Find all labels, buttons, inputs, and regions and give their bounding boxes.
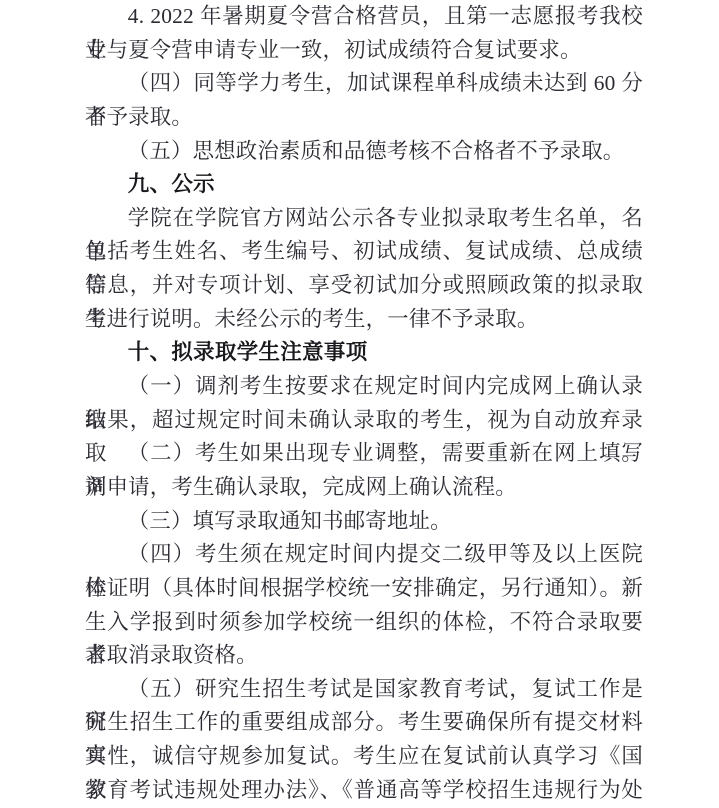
text-line: 剂申请，考生确认录取，完成网上确认流程。 — [85, 471, 643, 505]
text-line: （一）调剂考生按要求在规定时间内完成网上确认录取 — [85, 370, 643, 404]
text-line: 检证明（具体时间根据学校统一安排确定，另行通知）。新 — [85, 572, 643, 606]
text-line: 教育考试违规处理办法》、《普通高等学校招生违规行为处 — [85, 774, 643, 808]
section-heading: 九、公示 — [85, 168, 643, 202]
text-line: （二）考生如果出现专业调整，需要重新在网上填写调 — [85, 437, 643, 471]
document-page: 4. 2022 年暑期夏令营合格营员，且第一志愿报考我校专业与夏令营申请专业一致… — [0, 0, 719, 808]
text-line: 结果，超过规定时间未确认录取的考生，视为自动放弃录取。 — [85, 404, 643, 438]
text-line: 生进行说明。未经公示的考生，一律不予录取。 — [85, 303, 643, 337]
text-line: 者取消录取资格。 — [85, 639, 643, 673]
text-line: 包括考生姓名、考生编号、初试成绩、复试成绩、总成绩等 — [85, 235, 643, 269]
text-line: （四）同等学力考生，加试课程单科成绩未达到 60 分者 — [85, 67, 643, 101]
text-line: （四）考生须在规定时间内提交二级甲等及以上医院体 — [85, 538, 643, 572]
section-heading: 十、拟录取学生注意事项 — [85, 336, 643, 370]
text-line: （三）填写录取通知书邮寄地址。 — [85, 505, 643, 539]
text-line: 究生招生工作的重要组成部分。考生要确保所有提交材料真 — [85, 706, 643, 740]
text-line: 学院在学院官方网站公示各专业拟录取考生名单，名单 — [85, 202, 643, 236]
text-line: （五）研究生招生考试是国家教育考试，复试工作是研 — [85, 673, 643, 707]
text-line: 4. 2022 年暑期夏令营合格营员，且第一志愿报考我校专 — [85, 0, 643, 34]
text-line: 业与夏令营申请专业一致，初试成绩符合复试要求。 — [85, 34, 643, 68]
text-line: 信息，并对专项计划、享受初试加分或照顾政策的拟录取考 — [85, 269, 643, 303]
text-line: 生入学报到时须参加学校统一组织的体检，不符合录取要求 — [85, 606, 643, 640]
document-text-block: 4. 2022 年暑期夏令营合格营员，且第一志愿报考我校专业与夏令营申请专业一致… — [85, 0, 643, 807]
text-line: （五）思想政治素质和品德考核不合格者不予录取。 — [85, 135, 643, 169]
text-line: 实性，诚信守规参加复试。考生应在复试前认真学习《国家 — [85, 740, 643, 774]
text-line: 不予录取。 — [85, 101, 643, 135]
